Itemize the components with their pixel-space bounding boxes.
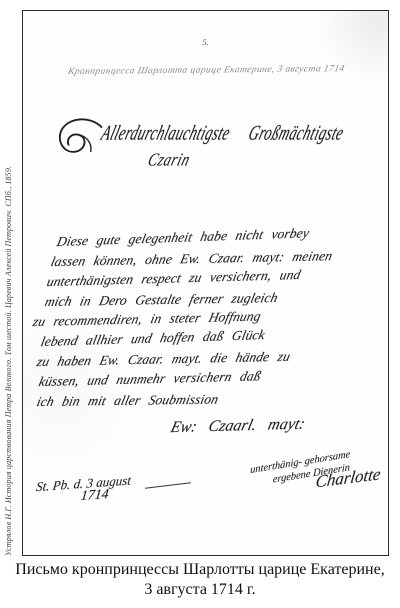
source-citation: Устрялов Н.Г. История царствования Петра… xyxy=(4,166,13,556)
dateline: St. Pb. d. 3 august 1714 xyxy=(34,472,132,508)
flourish-icon xyxy=(57,113,103,161)
salutation-text: Allerdurchlauchtigste Großmächtigste xyxy=(98,123,346,147)
letter-body: Diese gute gelegenheit habe nicht vorbey… xyxy=(31,232,383,412)
pen-flourish-line xyxy=(145,482,191,489)
dateline-year: 1714 xyxy=(80,486,131,506)
book-page: Устрялов Н.Г. История царствования Петра… xyxy=(0,0,400,608)
salutation-addressee: Czarin xyxy=(145,151,192,172)
caption-line: Письмо кронпринцессы Шарлотты царице Ека… xyxy=(0,560,400,580)
caption-line: 3 августа 1714 г. xyxy=(0,580,400,600)
letter-scan-frame: 5. Кронпринцесса Шарлотта царице Екатери… xyxy=(22,10,389,556)
letter-closing: Ew: Czaarl. mayt: xyxy=(169,415,307,437)
salutation-line: Allerdurchlauchtigste Großmächtigste xyxy=(57,113,346,161)
figure-caption: Письмо кронпринцессы Шарлотты царице Ека… xyxy=(0,560,400,599)
archive-page-number: 5. xyxy=(203,38,209,47)
archival-note: Кронпринцесса Шарлотта царице Екатерине,… xyxy=(67,64,345,77)
letter-line: ich bin mit aller Soubmission xyxy=(35,387,386,412)
